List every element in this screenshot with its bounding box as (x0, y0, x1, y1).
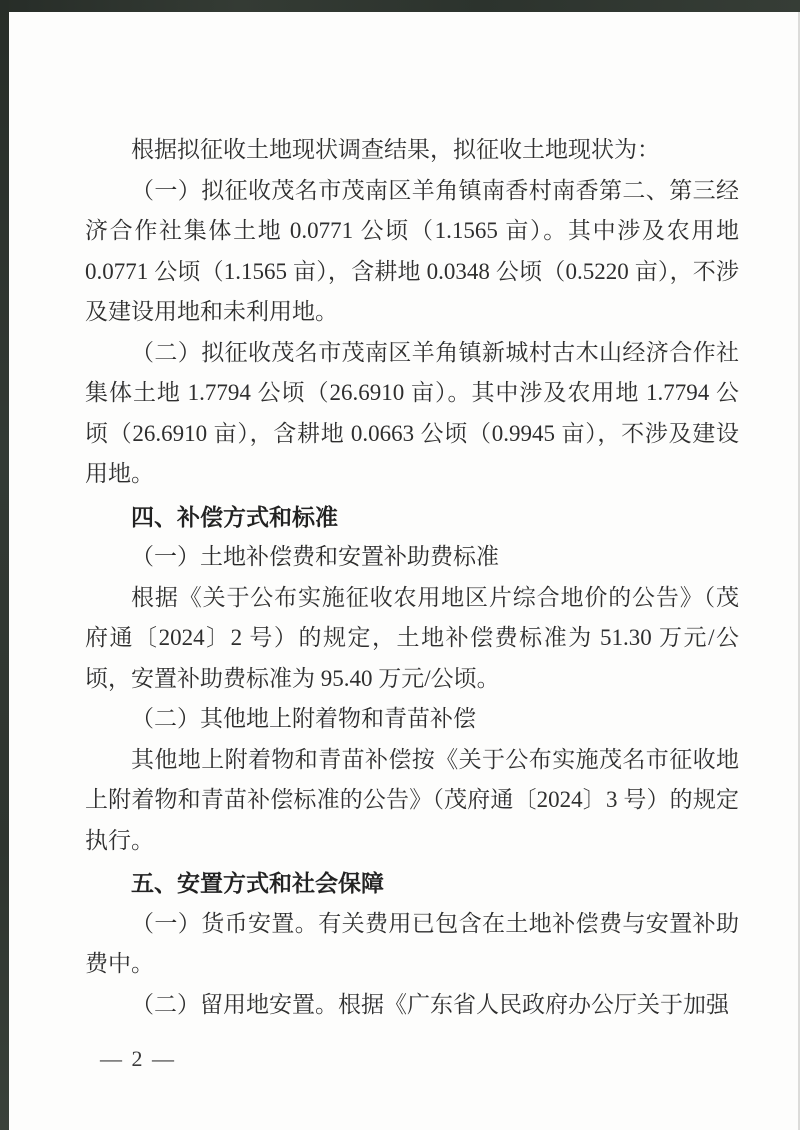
monetary-resettlement-paragraph: （一）货币安置。有关费用已包含在土地补偿费与安置补助费中。 (85, 904, 739, 985)
reserved-land-resettlement-paragraph: （二）留用地安置。根据《广东省人民政府办公厅关于加强 (85, 985, 739, 1026)
document-body: 根据拟征收土地现状调查结果，拟征收土地现状为： （一）拟征收茂名市茂南区羊角镇南… (85, 130, 739, 1025)
section-heading-resettlement: 五、安置方式和社会保障 (85, 863, 739, 904)
land-parcel-2-paragraph: （二）拟征收茂名市茂南区羊角镇新城村古木山经济合作社集体土地 1.7794 公顷… (85, 333, 739, 495)
page-number: — 2 — (100, 1046, 176, 1072)
intro-paragraph: 根据拟征收土地现状调查结果，拟征收土地现状为： (85, 130, 739, 171)
attachments-seedlings-paragraph: 其他地上附着物和青苗补偿按《关于公布实施茂名市征收地上附着物和青苗补偿标准的公告… (85, 740, 739, 862)
section-heading-compensation: 四、补偿方式和标准 (85, 497, 739, 538)
subheading-attachments-seedlings: （二）其他地上附着物和青苗补偿 (85, 699, 739, 740)
land-parcel-1-paragraph: （一）拟征收茂名市茂南区羊角镇南香村南香第二、第三经济合作社集体土地 0.077… (85, 171, 739, 333)
scanned-page: 根据拟征收土地现状调查结果，拟征收土地现状为： （一）拟征收茂名市茂南区羊角镇南… (0, 0, 800, 1130)
scan-border-left (0, 0, 9, 1130)
compensation-standard-paragraph: 根据《关于公布实施征收农用地区片综合地价的公告》（茂府通〔2024〕2 号）的规… (85, 578, 739, 700)
scan-border-top (0, 0, 800, 12)
subheading-land-compensation-standard: （一）土地补偿费和安置补助费标准 (85, 537, 739, 578)
